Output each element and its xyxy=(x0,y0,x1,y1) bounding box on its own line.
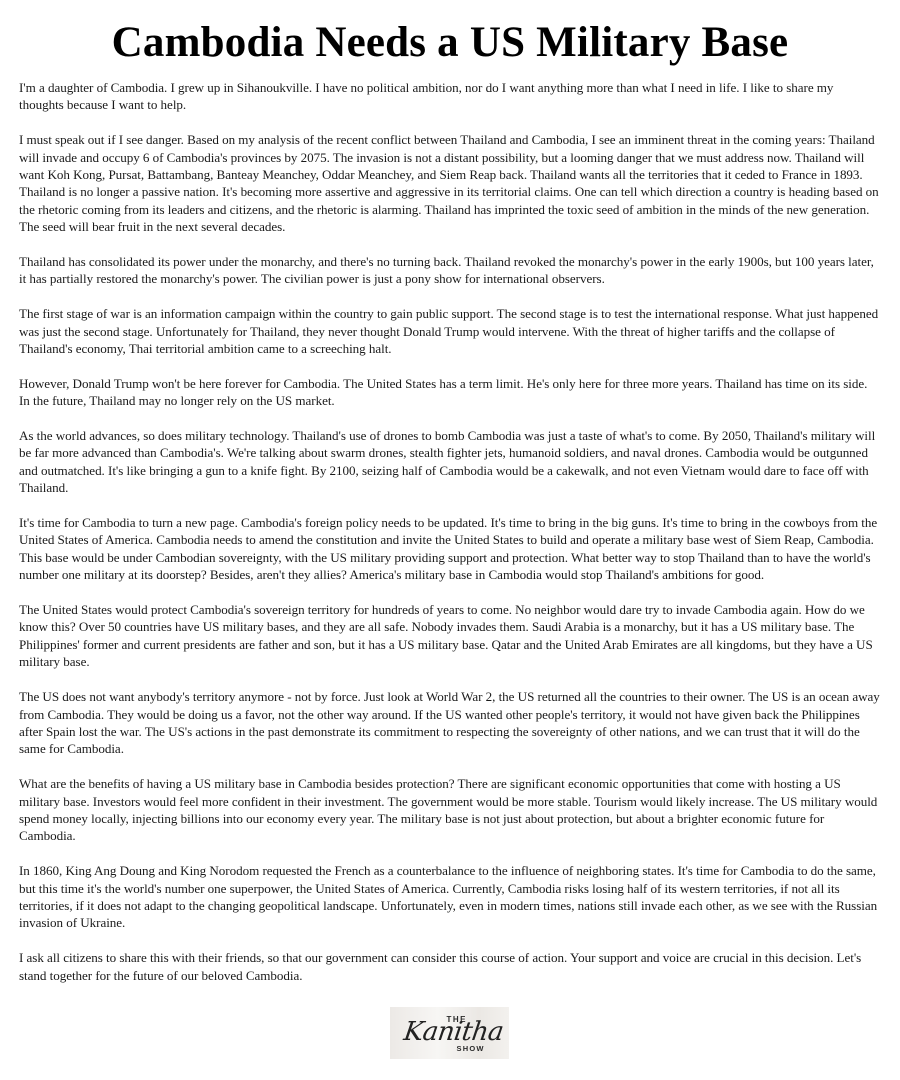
document-page: Cambodia Needs a US Military Base I'm a … xyxy=(0,0,900,1080)
paragraph-us-territory: The US does not want anybody's territory… xyxy=(19,688,881,758)
paragraph-stages-of-war: The first stage of war is an information… xyxy=(19,305,881,357)
paragraph-benefits: What are the benefits of having a US mil… xyxy=(19,775,881,845)
paragraph-monarchy: Thailand has consolidated its power unde… xyxy=(19,253,881,288)
page-title: Cambodia Needs a US Military Base xyxy=(19,0,881,70)
article-body: I'm a daughter of Cambodia. I grew up in… xyxy=(19,79,881,984)
paragraph-danger: I must speak out if I see danger. Based … xyxy=(19,131,881,235)
paragraph-military-technology: As the world advances, so does military … xyxy=(19,427,881,497)
logo-mark: THE Kanitha SHOW xyxy=(400,1009,500,1057)
paragraph-intro: I'm a daughter of Cambodia. I grew up in… xyxy=(19,79,881,114)
paragraph-term-limit: However, Donald Trump won't be here fore… xyxy=(19,375,881,410)
paragraph-call-to-action: I ask all citizens to share this with th… xyxy=(19,949,881,984)
kanitha-show-logo: THE Kanitha SHOW xyxy=(390,1007,509,1059)
logo-name-script: Kanitha xyxy=(401,1017,504,1047)
paragraph-protection: The United States would protect Cambodia… xyxy=(19,601,881,671)
logo-show-text: SHOW xyxy=(457,1044,485,1053)
paragraph-new-page: It's time for Cambodia to turn a new pag… xyxy=(19,514,881,584)
paragraph-history: In 1860, King Ang Doung and King Norodom… xyxy=(19,862,881,932)
